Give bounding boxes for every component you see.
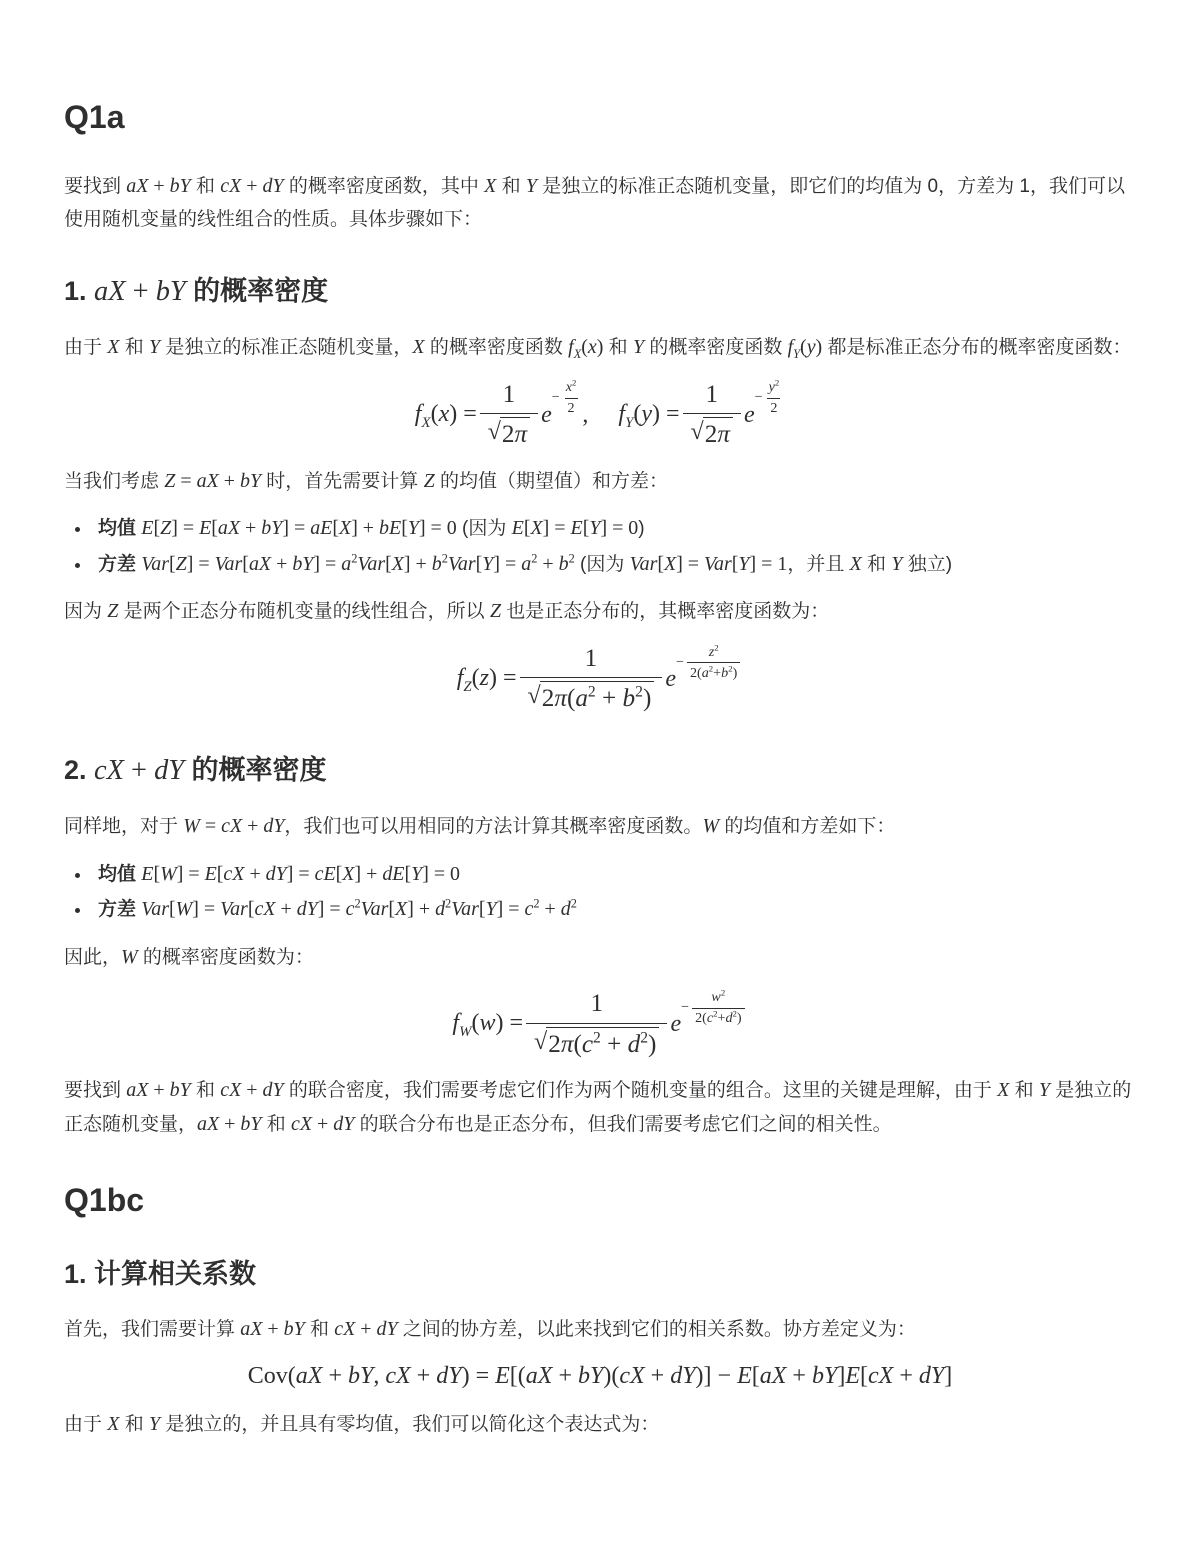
inline-math: 1 — [585, 645, 598, 672]
subsection-heading: 1. aX + bY 的概率密度 — [64, 274, 1136, 309]
inline-math: fY(y) — [788, 336, 823, 358]
text-run: 的均值（期望值）和方差： — [435, 471, 668, 492]
exponent: −z22(a2+b2) — [676, 643, 743, 683]
inline-math: 2π — [705, 421, 730, 448]
text-run: 和 — [119, 1414, 149, 1435]
inline-math: E[Z] = E[aX + bY] = aE[X] + bE[Y] = 0 — [141, 517, 456, 539]
text-run: ，我们也可以用相同的方法计算其概率密度函数。 — [284, 816, 702, 837]
bullet-list: 均值 E[Z] = E[aX + bY] = aE[X] + bE[Y] = 0… — [64, 512, 1136, 581]
inline-math: 1 — [705, 381, 718, 408]
inline-math: E[W] = E[cX + dY] = cE[X] + dE[Y] = 0 — [141, 863, 460, 885]
text-run: 和 — [119, 337, 149, 358]
text-run: 和 — [305, 1319, 335, 1340]
inline-math: Y — [891, 553, 902, 575]
inline-math: 2π(c2 + d2) — [548, 1031, 656, 1058]
inline-math: aX + bY — [94, 276, 186, 307]
fraction: 1√2π — [683, 379, 741, 451]
inline-math: − — [681, 999, 689, 1017]
section-heading: Q1bc — [64, 1181, 1136, 1219]
text-run: 和 — [496, 176, 526, 197]
paragraph: 因为 Z 是两个正态分布随机变量的线性组合，所以 Z 也是正态分布的，其概率密度… — [64, 595, 1136, 629]
text-run: 要找到 — [64, 176, 126, 197]
bullet-list: 均值 E[W] = E[cX + dY] = cE[X] + dE[Y] = 0… — [64, 858, 1136, 927]
fraction: 1√2π(a2 + b2) — [520, 643, 663, 715]
text-run: ) — [638, 518, 644, 539]
inline-math: e — [541, 400, 552, 430]
denominator: √2π — [480, 413, 538, 451]
inline-math: Var[W] = Var[cX + dY] = c2Var[X] + d2Var… — [141, 898, 577, 920]
text-run: 的概率密度 — [184, 755, 327, 785]
radicand: 2π — [500, 417, 530, 451]
inline-math: cX + dY — [220, 175, 283, 197]
text-run: 由于 — [64, 337, 107, 358]
denominator: 2 — [767, 398, 780, 418]
text-run: 也是正态分布的，其概率密度函数为： — [501, 601, 829, 622]
inline-math: Var[X] = Var[Y] = 1 — [630, 553, 788, 575]
text-run: 因为 — [64, 601, 107, 622]
numerator: 1 — [577, 643, 606, 678]
text-run: Q1bc — [64, 1182, 144, 1218]
bold-label: 方差 — [98, 899, 136, 920]
inline-math: Y — [149, 336, 160, 358]
fraction: 1√2π(c2 + d2) — [526, 988, 667, 1060]
inline-math: X — [412, 336, 424, 358]
text-run: 当我们考虑 — [64, 471, 164, 492]
numerator: x2 — [563, 379, 580, 398]
inline-math: 2 — [568, 400, 575, 416]
radicand: 2π(c2 + d2) — [546, 1027, 659, 1061]
equation: Cov(aX + bY, cX + dY) = E[(aX + bY)(cX +… — [248, 1361, 952, 1391]
inline-math: W — [702, 815, 719, 837]
paragraph: 首先，我们需要计算 aX + bY 和 cX + dY 之间的协方差，以此来找到… — [64, 1313, 1136, 1347]
inline-math: x2 — [566, 379, 577, 395]
inline-math: y2 — [769, 379, 780, 395]
text-run: 之间的协方差，以此来找到它们的相关系数。协方差定义为： — [398, 1319, 916, 1340]
inline-math: fX(x) — [568, 336, 603, 358]
exponent: −w22(c2+d2) — [681, 988, 747, 1028]
inline-math: cX + dY — [334, 1318, 397, 1340]
text-run: 2. — [64, 755, 94, 785]
text-run: 1. 计算相关系数 — [64, 1259, 256, 1289]
numerator: z2 — [706, 643, 722, 662]
inline-math: 2(c2+d2) — [695, 1010, 742, 1026]
text-run: 和 — [862, 554, 892, 575]
inline-math: Y — [1039, 1079, 1050, 1101]
bold-label: 均值 — [98, 864, 136, 885]
paragraph: 要找到 aX + bY 和 cX + dY 的联合密度，我们需要考虑它们作为两个… — [64, 1074, 1136, 1141]
inline-math: 2π(a2 + b2) — [542, 685, 652, 712]
text-run: 的联合密度，我们需要考虑它们作为两个随机变量的组合。这里的关键是理解，由于 — [284, 1080, 998, 1101]
text-run: 由于 — [64, 1414, 107, 1435]
numerator: 1 — [697, 379, 726, 414]
radical: √2π — [691, 417, 733, 451]
inline-math: − — [676, 654, 684, 672]
inline-math: aX + bY — [240, 1318, 304, 1340]
inline-math: fX(x) = — [415, 399, 477, 431]
fraction: 1√2π — [480, 379, 538, 451]
text-run: 的概率密度函数 — [425, 337, 569, 358]
inline-math: aX + bY — [126, 1079, 190, 1101]
inline-math: W — [121, 946, 138, 968]
inline-math: e — [670, 1009, 681, 1039]
equation: fX(x) = 1√2πe−x22,fY(y) = 1√2πe−y22 — [415, 379, 785, 451]
list-item: 方差 Var[Z] = Var[aX + bY] = a2Var[X] + b2… — [92, 548, 1136, 582]
denominator: √2π(a2 + b2) — [520, 677, 663, 715]
radical: √2π — [488, 417, 530, 451]
inline-math: e — [744, 400, 755, 430]
inline-math: − — [755, 389, 763, 407]
denominator: 2(c2+d2) — [692, 1008, 745, 1028]
display-formula: fW(w) = 1√2π(c2 + d2)e−w22(c2+d2) — [64, 988, 1136, 1060]
bold-label: 方差 — [98, 554, 136, 575]
display-formula: fX(x) = 1√2πe−x22,fY(y) = 1√2πe−y22 — [64, 379, 1136, 451]
inline-math: 2(a2+b2) — [690, 665, 737, 681]
equation: fW(w) = 1√2π(c2 + d2)e−w22(c2+d2) — [452, 988, 747, 1060]
list-item: 方差 Var[W] = Var[cX + dY] = c2Var[X] + d2… — [92, 893, 1136, 927]
inline-math: e — [665, 664, 676, 694]
inline-math: aX + bY — [126, 175, 190, 197]
numerator: w2 — [708, 988, 728, 1007]
text-run: 和 — [1009, 1080, 1039, 1101]
denominator: 2(a2+b2) — [687, 662, 740, 682]
radical: √2π(a2 + b2) — [528, 681, 655, 715]
text-run: 和 — [603, 337, 633, 358]
text-run: (因为 — [575, 554, 630, 575]
fraction: w22(c2+d2) — [692, 988, 745, 1028]
inline-math: Z — [107, 600, 118, 622]
numerator: y2 — [766, 379, 783, 398]
paragraph: 要找到 aX + bY 和 cX + dY 的概率密度函数，其中 X 和 Y 是… — [64, 170, 1136, 235]
paragraph: 同样地，对于 W = cX + dY，我们也可以用相同的方法计算其概率密度函数。… — [64, 810, 1136, 844]
inline-math: , — [582, 400, 588, 430]
paragraph: 因此，W 的概率密度函数为： — [64, 941, 1136, 975]
radicand: 2π — [703, 417, 733, 451]
denominator: √2π — [683, 413, 741, 451]
inline-math: X — [997, 1079, 1009, 1101]
text-run: 和 — [191, 1080, 221, 1101]
text-run: 时，首先需要计算 — [261, 471, 424, 492]
denominator: 2 — [565, 398, 578, 418]
text-run: 是独立的，并且具有零均值，我们可以简化这个表达式为： — [160, 1414, 659, 1435]
paragraph: 由于 X 和 Y 是独立的，并且具有零均值，我们可以简化这个表达式为： — [64, 1408, 1136, 1442]
inline-math: fZ(z) = — [457, 663, 517, 695]
display-formula: fZ(z) = 1√2π(a2 + b2)e−z22(a2+b2) — [64, 643, 1136, 715]
inline-math: Z = aX + bY — [164, 470, 261, 492]
text-run: 的概率密度函数，其中 — [284, 176, 485, 197]
subsection-heading: 1. 计算相关系数 — [64, 1258, 1136, 1292]
fraction: y22 — [766, 379, 783, 418]
text-run: 都是标准正态分布的概率密度函数： — [822, 337, 1131, 358]
text-run: 独立) — [902, 554, 952, 575]
text-run: 首先，我们需要计算 — [64, 1319, 240, 1340]
radicand: 2π(a2 + b2) — [540, 681, 655, 715]
numerator: 1 — [495, 379, 524, 414]
text-run: 1. — [64, 276, 94, 306]
inline-math: cX + dY — [291, 1113, 354, 1135]
text-run: ，并且 — [787, 554, 849, 575]
text-run: 的概率密度函数为： — [138, 947, 314, 968]
inline-math: aX + bY — [197, 1113, 261, 1135]
inline-math: Z — [424, 470, 435, 492]
display-formula: Cov(aX + bY, cX + dY) = E[(aX + bY)(cX +… — [64, 1361, 1136, 1394]
subsection-heading: 2. cX + dY 的概率密度 — [64, 753, 1136, 788]
inline-math: X — [107, 1413, 119, 1435]
radical: √2π(c2 + d2) — [534, 1027, 659, 1061]
denominator: √2π(c2 + d2) — [526, 1023, 667, 1061]
inline-math: W = cX + dY — [183, 815, 284, 837]
text-run: 是两个正态分布随机变量的线性组合，所以 — [118, 601, 490, 622]
exponent: −y22 — [755, 379, 786, 418]
text-run: 的概率密度函数 — [644, 337, 788, 358]
inline-math: E[X] = E[Y] = 0 — [512, 517, 639, 539]
document: Q1a要找到 aX + bY 和 cX + dY 的概率密度函数，其中 X 和 … — [0, 0, 1200, 1553]
fraction: z22(a2+b2) — [687, 643, 740, 683]
bold-label: 均值 — [98, 518, 136, 539]
section-heading: Q1a — [64, 98, 1136, 136]
exponent: −x22 — [552, 379, 583, 418]
text-run: 的均值和方差如下： — [719, 816, 895, 837]
inline-math: w2 — [711, 989, 725, 1005]
inline-math: X — [107, 336, 119, 358]
fraction: x22 — [563, 379, 580, 418]
inline-math: Z — [490, 600, 501, 622]
inline-math: 2 — [770, 400, 777, 416]
inline-math: z2 — [709, 644, 719, 660]
equation: fZ(z) = 1√2π(a2 + b2)e−z22(a2+b2) — [457, 643, 744, 715]
inline-math: fW(w) = — [452, 1008, 523, 1040]
inline-math: 2π — [502, 421, 527, 448]
paragraph: 当我们考虑 Z = aX + bY 时，首先需要计算 Z 的均值（期望值）和方差… — [64, 465, 1136, 499]
inline-math: Y — [526, 175, 537, 197]
inline-math: 1 — [503, 381, 516, 408]
inline-math: fY(y) = — [618, 399, 679, 431]
text-run: 的联合分布也是正态分布，但我们需要考虑它们之间的相关性。 — [354, 1114, 891, 1135]
inline-math: X — [484, 175, 496, 197]
paragraph: 由于 X 和 Y 是独立的标准正态随机变量，X 的概率密度函数 fX(x) 和 … — [64, 331, 1136, 365]
text-run: 要找到 — [64, 1080, 126, 1101]
inline-math: X — [850, 553, 862, 575]
inline-math: Var[Z] = Var[aX + bY] = a2Var[X] + b2Var… — [141, 553, 574, 575]
text-run: 和 — [191, 176, 221, 197]
inline-math: cX + dY — [94, 755, 184, 786]
text-run: 因此， — [64, 947, 121, 968]
text-run: 同样地，对于 — [64, 816, 183, 837]
list-item: 均值 E[Z] = E[aX + bY] = aE[X] + bE[Y] = 0… — [92, 512, 1136, 546]
inline-math: Cov(aX + bY, cX + dY) = E[(aX + bY)(cX +… — [248, 1361, 952, 1391]
numerator: 1 — [582, 988, 611, 1023]
inline-math: Y — [149, 1413, 160, 1435]
inline-math: 1 — [590, 990, 603, 1017]
inline-math: cX + dY — [220, 1079, 283, 1101]
list-item: 均值 E[W] = E[cX + dY] = cE[X] + dE[Y] = 0 — [92, 858, 1136, 892]
inline-math: − — [552, 389, 560, 407]
text-run: Q1a — [64, 99, 124, 135]
text-run: (因为 — [457, 518, 512, 539]
text-run: 是独立的标准正态随机变量， — [160, 337, 412, 358]
inline-math: Y — [633, 336, 644, 358]
text-run: 的概率密度 — [186, 276, 329, 306]
text-run: 和 — [261, 1114, 291, 1135]
